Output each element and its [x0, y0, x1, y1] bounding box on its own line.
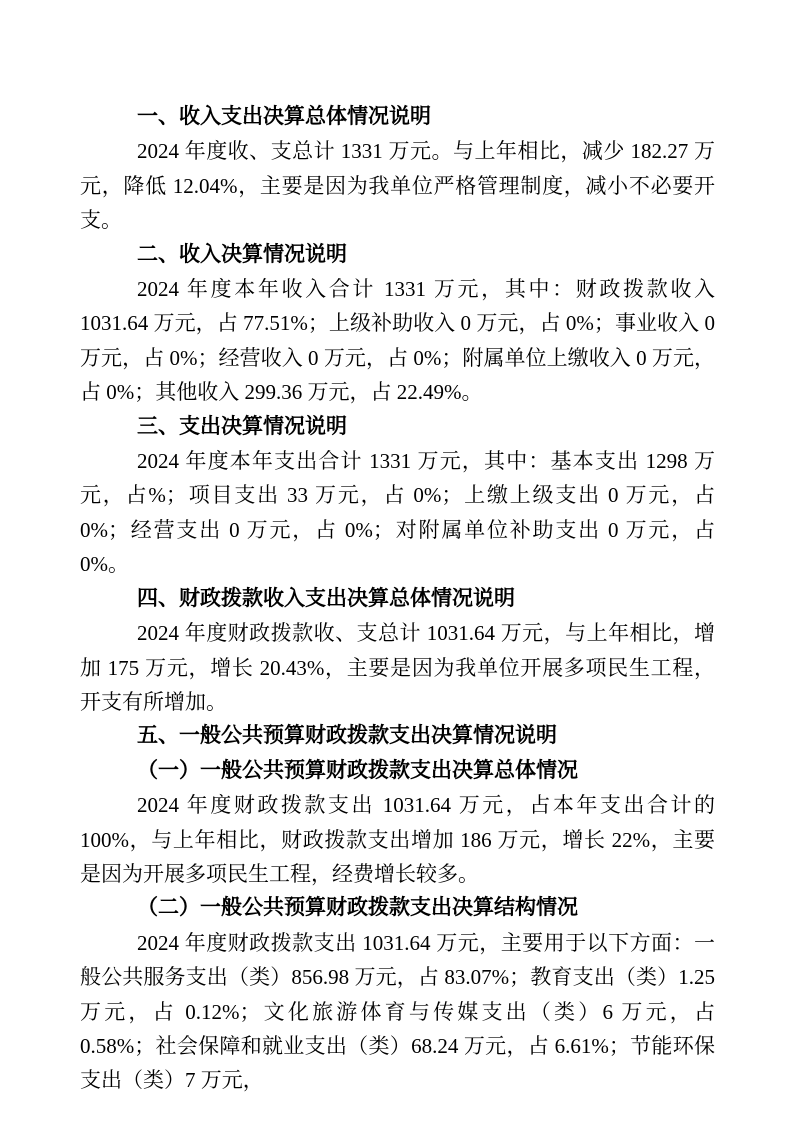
section-heading: 三、支出决算情况说明	[80, 410, 715, 444]
body-paragraph: 2024 年度财政拨款支出 1031.64 万元，占本年支出合计的 100%，与…	[80, 788, 715, 891]
subsection-heading: （二）一般公共预算财政拨款支出决算结构情况	[80, 891, 715, 925]
subsection-heading: （一）一般公共预算财政拨款支出决算总体情况	[80, 754, 715, 788]
body-paragraph: 2024 年度本年收入合计 1331 万元，其中：财政拨款收入 1031.64 …	[80, 272, 715, 410]
body-paragraph: 2024 年度财政拨款支出 1031.64 万元，主要用于以下方面：一般公共服务…	[80, 926, 715, 1098]
section-heading: 二、收入决算情况说明	[80, 238, 715, 272]
section-heading: 五、一般公共预算财政拨款支出决算情况说明	[80, 719, 715, 753]
section-heading: 一、收入支出决算总体情况说明	[80, 100, 715, 134]
body-paragraph: 2024 年度本年支出合计 1331 万元，其中：基本支出 1298 万元，占%…	[80, 444, 715, 582]
document-page: 一、收入支出决算总体情况说明 2024 年度收、支总计 1331 万元。与上年相…	[0, 0, 793, 1122]
section-heading: 四、财政拨款收入支出决算总体情况说明	[80, 582, 715, 616]
body-paragraph: 2024 年度收、支总计 1331 万元。与上年相比，减少 182.27 万元，…	[80, 134, 715, 237]
body-paragraph: 2024 年度财政拨款收、支总计 1031.64 万元，与上年相比，增加 175…	[80, 616, 715, 719]
